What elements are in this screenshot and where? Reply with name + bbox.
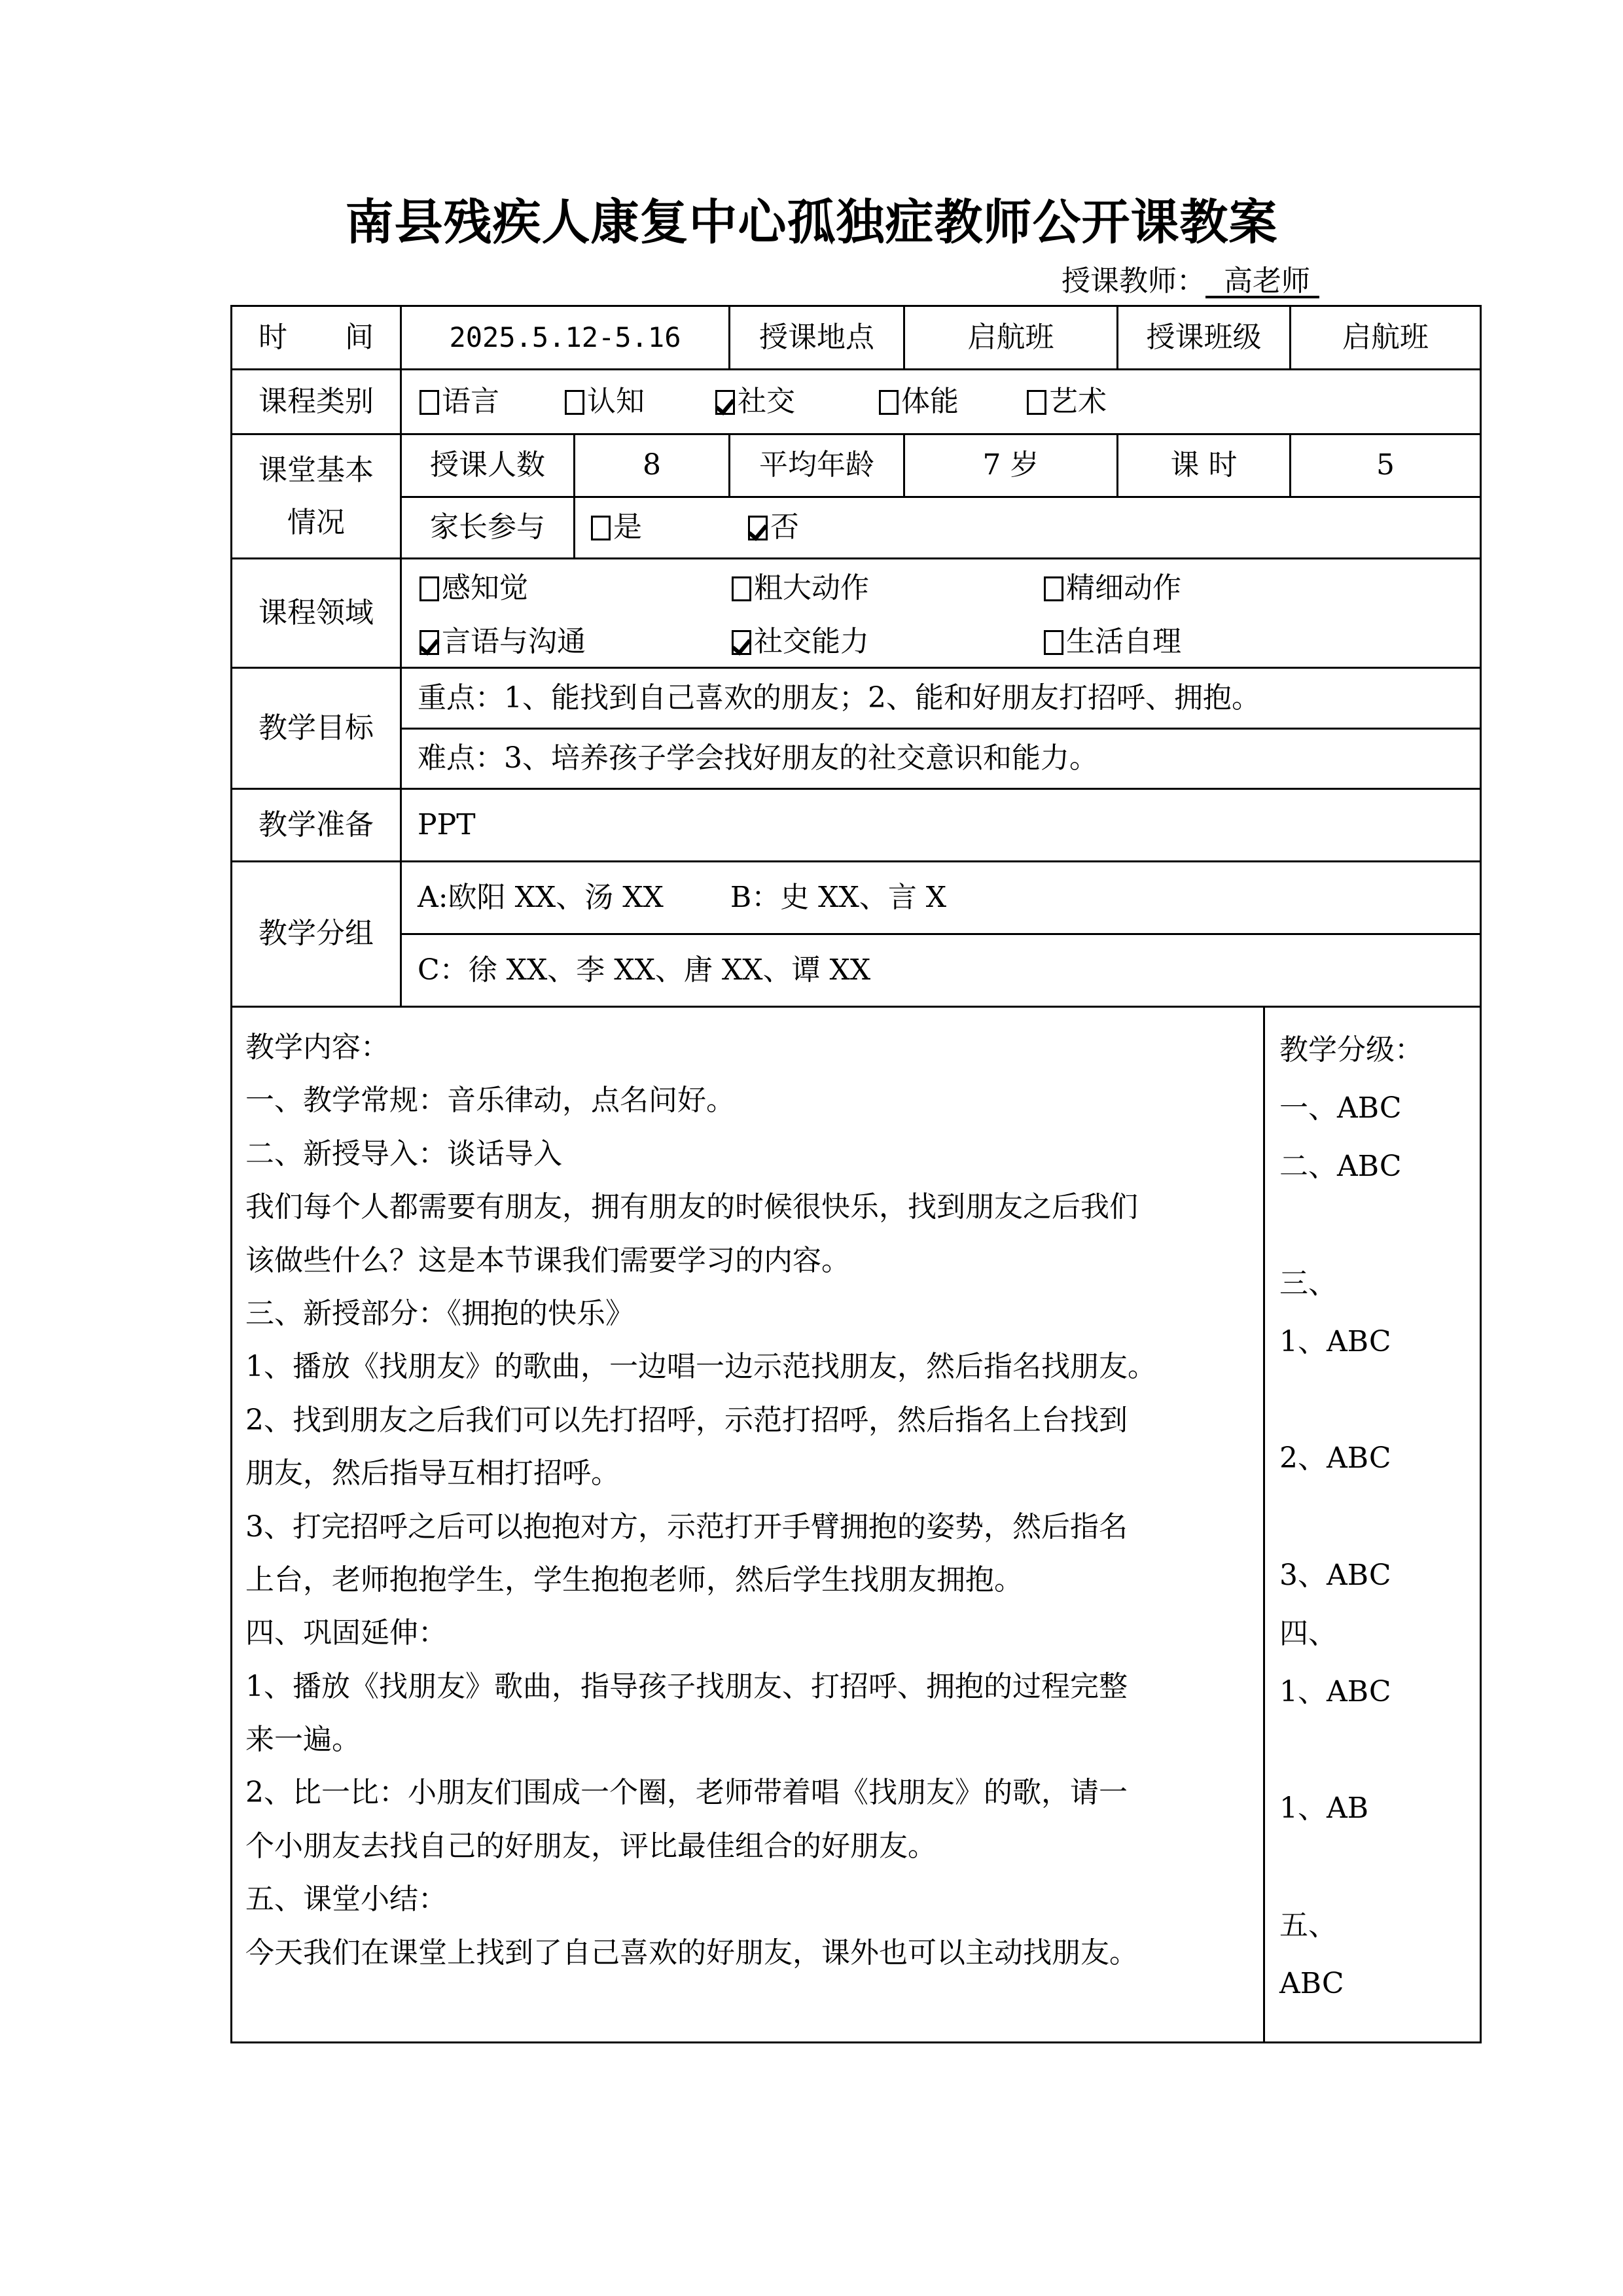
teacher-name: 高老师 [1205, 264, 1319, 298]
teacher-line: 授课教师： 高老师 [1061, 262, 1319, 301]
grading-line: 三、 [1279, 1254, 1423, 1313]
course-type-options: 语言 认知 社交 体能 艺术 [400, 368, 1482, 435]
content-line: 五、课堂小结： [245, 1873, 1156, 1926]
parent-option-no[interactable]: 否 [748, 510, 799, 545]
parent-option-yes[interactable]: 是 [591, 510, 642, 545]
checkbox-icon[interactable] [565, 390, 584, 415]
preparation-label: 教学准备 [230, 788, 402, 862]
grading-line: 2、ABC [1279, 1429, 1423, 1487]
domain-label: 课程领域 [230, 557, 402, 669]
domain-option[interactable]: 感知觉 [419, 571, 528, 606]
content-line: 3、打完招呼之后可以抱抱对方，示范打开手臂拥抱的姿势，然后指名 [245, 1500, 1156, 1553]
teacher-label: 授课教师： [1061, 264, 1205, 298]
content-line: 教学内容： [245, 1021, 1156, 1074]
content-line: 1、播放《找朋友》歌曲，指导孩子找朋友、打招呼、拥抱的过程完整 [245, 1660, 1156, 1713]
content-line: 今天我们在课堂上找到了自己喜欢的好朋友，课外也可以主动找朋友。 [245, 1926, 1156, 1979]
course-type-option[interactable]: 语言 [419, 385, 499, 419]
students-value: 8 [573, 433, 730, 498]
course-type-option[interactable]: 体能 [879, 385, 959, 419]
grading-line [1279, 1371, 1423, 1429]
content-line: 来一遍。 [245, 1713, 1156, 1766]
domain-option[interactable]: 生活自理 [1044, 625, 1181, 660]
checkbox-icon[interactable] [732, 576, 751, 601]
course-type-label: 课程类别 [230, 368, 402, 435]
date-value: 2025.5.12-5.16 [400, 305, 730, 370]
content-line: 该做些什么？这是本节课我们需要学习的内容。 [245, 1234, 1156, 1287]
grading-line [1279, 1488, 1423, 1546]
parent-options: 是 否 [573, 496, 1482, 559]
checkbox-icon[interactable] [1044, 630, 1063, 655]
grouping-line-2: C：徐 XX、李 XX、唐 XX、谭 XX [400, 933, 1482, 1008]
goals-label: 教学目标 [230, 667, 402, 790]
grading-line: 四、 [1279, 1604, 1423, 1663]
hours-label: 课 时 [1116, 433, 1291, 498]
content-line: 一、教学常规：音乐律动，点名问好。 [245, 1074, 1156, 1127]
content-line: 我们每个人都需要有朋友，拥有朋友的时候很快乐，找到朋友之后我们 [245, 1180, 1156, 1233]
age-value: 7 岁 [903, 433, 1118, 498]
grading-line [1279, 1838, 1423, 1896]
course-type-option[interactable]: 社交 [715, 385, 795, 419]
class-value: 启航班 [1289, 305, 1482, 370]
grouping-label: 教学分组 [230, 860, 402, 1008]
domain-option[interactable]: 言语与沟通 [419, 625, 586, 660]
difficulty-point: 难点：3、培养孩子学会找好朋友的社交意识和能力。 [400, 728, 1482, 790]
checkbox-icon[interactable] [879, 390, 899, 415]
grading-line: 五、 [1279, 1896, 1423, 1954]
grading-line: 1、AB [1279, 1779, 1423, 1837]
teaching-grading: 教学分级： 一、ABC 二、ABC 三、 1、ABC 2、ABC 3、ABC 四… [1263, 1006, 1482, 2043]
grading-line: 教学分级： [1279, 1021, 1423, 1079]
course-type-option[interactable]: 艺术 [1027, 385, 1107, 419]
content-line: 三、新授部分：《拥抱的快乐》 [245, 1287, 1156, 1340]
content-line: 朋友，然后指导互相打招呼。 [245, 1447, 1156, 1500]
grading-line: 二、ABC [1279, 1137, 1423, 1195]
checkbox-icon[interactable] [419, 576, 439, 601]
grading-line: ABC [1279, 1954, 1423, 2013]
content-line: 个小朋友去找自己的好朋友，评比最佳组合的好朋友。 [245, 1820, 1156, 1873]
checkbox-checked-icon[interactable] [748, 516, 768, 540]
checkbox-icon[interactable] [591, 516, 611, 540]
content-line: 2、比一比：小朋友们围成一个圈，老师带着唱《找朋友》的歌，请一 [245, 1766, 1156, 1819]
students-label: 授课人数 [400, 433, 575, 498]
key-point: 重点：1、能找到自己喜欢的朋友；2、能和好朋友打招呼、拥抱。 [400, 667, 1482, 730]
checkbox-checked-icon[interactable] [419, 630, 439, 655]
content-line: 2、找到朋友之后我们可以先打招呼，示范打招呼，然后指名上台找到 [245, 1394, 1156, 1447]
basic-info-label: 课堂基本 情况 [230, 433, 402, 559]
content-line: 1、播放《找朋友》的歌曲，一边唱一边示范找朋友，然后指名找朋友。 [245, 1340, 1156, 1393]
parent-label: 家长参与 [400, 496, 575, 559]
grouping-line-1: A:欧阳 XX、汤 XX B：史 XX、言 X [400, 860, 1482, 935]
document-title: 南县残疾人康复中心孤独症教师公开课教案 [0, 190, 1623, 255]
teaching-content: 教学内容： 一、教学常规：音乐律动，点名问好。 二、新授导入：谈话导入 我们每个… [230, 1006, 1265, 2043]
checkbox-checked-icon[interactable] [732, 630, 751, 655]
location-value: 启航班 [903, 305, 1118, 370]
checkbox-icon[interactable] [419, 390, 439, 415]
hours-value: 5 [1289, 433, 1482, 498]
age-label: 平均年龄 [728, 433, 905, 498]
checkbox-icon[interactable] [1027, 390, 1046, 415]
grading-line [1279, 1196, 1423, 1254]
content-line: 二、新授导入：谈话导入 [245, 1127, 1156, 1180]
time-label: 时 间 [230, 305, 402, 370]
grading-line: 1、ABC [1279, 1663, 1423, 1721]
grading-line: 1、ABC [1279, 1313, 1423, 1371]
content-lines: 教学内容： 一、教学常规：音乐律动，点名问好。 二、新授导入：谈话导入 我们每个… [245, 1021, 1156, 1979]
preparation-value: PPT [400, 788, 1482, 862]
domain-options: 感知觉 粗大动作 精细动作 言语与沟通 社交能力 生活自理 [400, 557, 1482, 669]
grading-lines: 教学分级： 一、ABC 二、ABC 三、 1、ABC 2、ABC 3、ABC 四… [1279, 1021, 1423, 2013]
content-line: 四、巩固延伸： [245, 1606, 1156, 1659]
checkbox-icon[interactable] [1044, 576, 1063, 601]
grading-line: 一、ABC [1279, 1079, 1423, 1137]
class-label: 授课班级 [1116, 305, 1291, 370]
domain-option[interactable]: 社交能力 [732, 625, 869, 660]
lesson-plan-table: 时 间 2025.5.12-5.16 授课地点 启航班 授课班级 启航班 课程类… [230, 305, 1482, 2043]
content-line: 上台，老师抱抱学生，学生抱抱老师，然后学生找朋友拥抱。 [245, 1553, 1156, 1606]
location-label: 授课地点 [728, 305, 905, 370]
domain-option[interactable]: 粗大动作 [732, 571, 869, 606]
grading-line [1279, 1721, 1423, 1779]
course-type-option[interactable]: 认知 [565, 385, 645, 419]
grading-line: 3、ABC [1279, 1546, 1423, 1604]
domain-option[interactable]: 精细动作 [1044, 571, 1181, 606]
checkbox-checked-icon[interactable] [715, 390, 735, 415]
